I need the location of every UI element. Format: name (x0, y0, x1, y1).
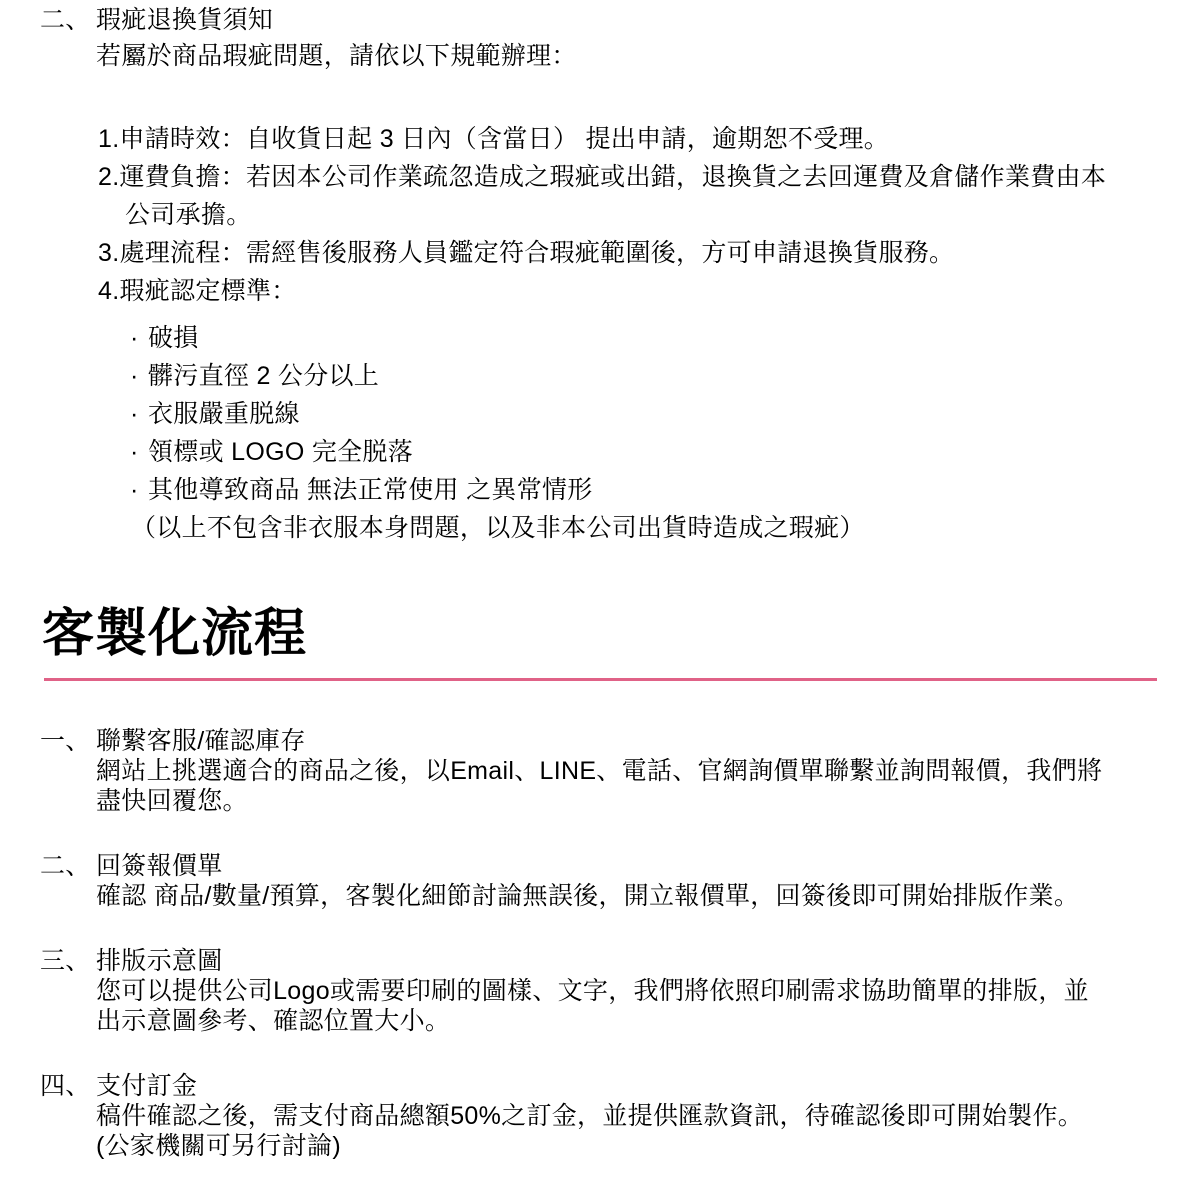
page-heading: 客製化流程 (42, 603, 1157, 665)
policy-item-4: 4.瑕疵認定標準： (98, 272, 1157, 310)
step-3-marker: 三、 (40, 946, 96, 1036)
defect-criteria-list: · 破損 · 髒污直徑 2 公分以上 · 衣服嚴重脱線 · 領標或 LOGO 完… (130, 319, 1157, 509)
bullet-icon: · (130, 433, 148, 471)
list-item: · 其他導致商品 無法正常使用 之異常情形 (130, 471, 1157, 509)
page: 二、 瑕疵退換貨須知 若屬於商品瑕疵問題，請依以下規範辦理： 1.申請時效：自收… (0, 0, 1181, 1181)
bullet-icon: · (130, 395, 148, 433)
defect-criterion-text: 破損 (148, 319, 199, 357)
step-4-text: 稿件確認之後，需支付商品總額50%之訂金，並提供匯款資訊，待確認後即可開始製作。 (96, 1101, 1157, 1131)
list-item: · 髒污直徑 2 公分以上 (130, 357, 1157, 395)
step-3: 三、 排版示意圖 您可以提供公司Logo或需要印刷的圖樣、文字，我們將依照印刷需… (40, 946, 1157, 1036)
defect-policy-list: 1.申請時效：自收貨日起 3 日內（含當日） 提出申請，逾期恕不受理。 2.運費… (98, 120, 1157, 310)
step-2: 二、 回簽報價單 確認 商品/數量/預算，客製化細節討論無誤後，開立報價單，回簽… (40, 851, 1157, 911)
customization-steps: 一、 聯繫客服/確認庫存 網站上挑選適合的商品之後，以Email、LINE、電話… (40, 726, 1157, 1161)
defects-section-title-text: 瑕疵退換貨須知 (96, 2, 273, 38)
step-1-content: 聯繫客服/確認庫存 網站上挑選適合的商品之後，以Email、LINE、電話、官網… (96, 726, 1157, 816)
defect-criterion-text: 衣服嚴重脱線 (148, 395, 300, 433)
step-1: 一、 聯繫客服/確認庫存 網站上挑選適合的商品之後，以Email、LINE、電話… (40, 726, 1157, 816)
step-4-title: 支付訂金 (96, 1071, 1157, 1101)
bullet-icon: · (130, 319, 148, 357)
defects-exclusion-note: （以上不包含非衣服本身問題，以及非本公司出貨時造成之瑕疵） (131, 509, 1157, 547)
defect-criterion-text: 其他導致商品 無法正常使用 之異常情形 (148, 471, 593, 509)
list-item: · 衣服嚴重脱線 (130, 395, 1157, 433)
policy-item-2: 2.運費負擔：若因本公司作業疏忽造成之瑕疵或出錯，退換貨之去回運費及倉儲作業費由… (98, 158, 1157, 196)
defects-section-title: 二、 瑕疵退換貨須知 (40, 2, 1157, 38)
step-3-text: 您可以提供公司Logo或需要印刷的圖樣、文字，我們將依照印刷需求協助簡單的排版，… (96, 976, 1157, 1006)
step-1-title: 聯繫客服/確認庫存 (96, 726, 1157, 756)
defect-criterion-text: 領標或 LOGO 完全脱落 (148, 433, 413, 471)
step-2-content: 回簽報價單 確認 商品/數量/預算，客製化細節討論無誤後，開立報價單，回簽後即可… (96, 851, 1157, 911)
list-item: · 破損 (130, 319, 1157, 357)
step-1-text: 網站上挑選適合的商品之後，以Email、LINE、電話、官網詢價單聯繫並詢問報價… (96, 756, 1157, 786)
step-3-text: 出示意圖參考、確認位置大小。 (96, 1006, 1157, 1036)
step-4-marker: 四、 (40, 1071, 96, 1161)
step-3-title: 排版示意圖 (96, 946, 1157, 976)
defects-intro: 若屬於商品瑕疵問題，請依以下規範辦理： (96, 38, 1157, 74)
list-item: · 領標或 LOGO 完全脱落 (130, 433, 1157, 471)
step-2-text: 確認 商品/數量/預算，客製化細節討論無誤後，開立報價單，回簽後即可開始排版作業… (96, 881, 1157, 911)
step-1-text: 盡快回覆您。 (96, 786, 1157, 816)
step-3-content: 排版示意圖 您可以提供公司Logo或需要印刷的圖樣、文字，我們將依照印刷需求協助… (96, 946, 1157, 1036)
defect-criterion-text: 髒污直徑 2 公分以上 (148, 357, 379, 395)
step-4-content: 支付訂金 稿件確認之後，需支付商品總額50%之訂金，並提供匯款資訊，待確認後即可… (96, 1071, 1157, 1161)
policy-item-3: 3.處理流程：需經售後服務人員鑑定符合瑕疵範圍後，方可申請退換貨服務。 (98, 234, 1157, 272)
policy-item-2-continuation: 公司承擔。 (125, 196, 1157, 234)
bullet-icon: · (130, 471, 148, 509)
step-4: 四、 支付訂金 稿件確認之後，需支付商品總額50%之訂金，並提供匯款資訊，待確認… (40, 1071, 1157, 1161)
step-2-marker: 二、 (40, 851, 96, 911)
defects-section-marker: 二、 (40, 2, 96, 38)
policy-item-1: 1.申請時效：自收貨日起 3 日內（含當日） 提出申請，逾期恕不受理。 (98, 120, 1157, 158)
section-divider (44, 678, 1157, 681)
step-2-title: 回簽報價單 (96, 851, 1157, 881)
step-4-text: (公家機關可另行討論) (96, 1131, 1157, 1161)
step-1-marker: 一、 (40, 726, 96, 816)
bullet-icon: · (130, 357, 148, 395)
